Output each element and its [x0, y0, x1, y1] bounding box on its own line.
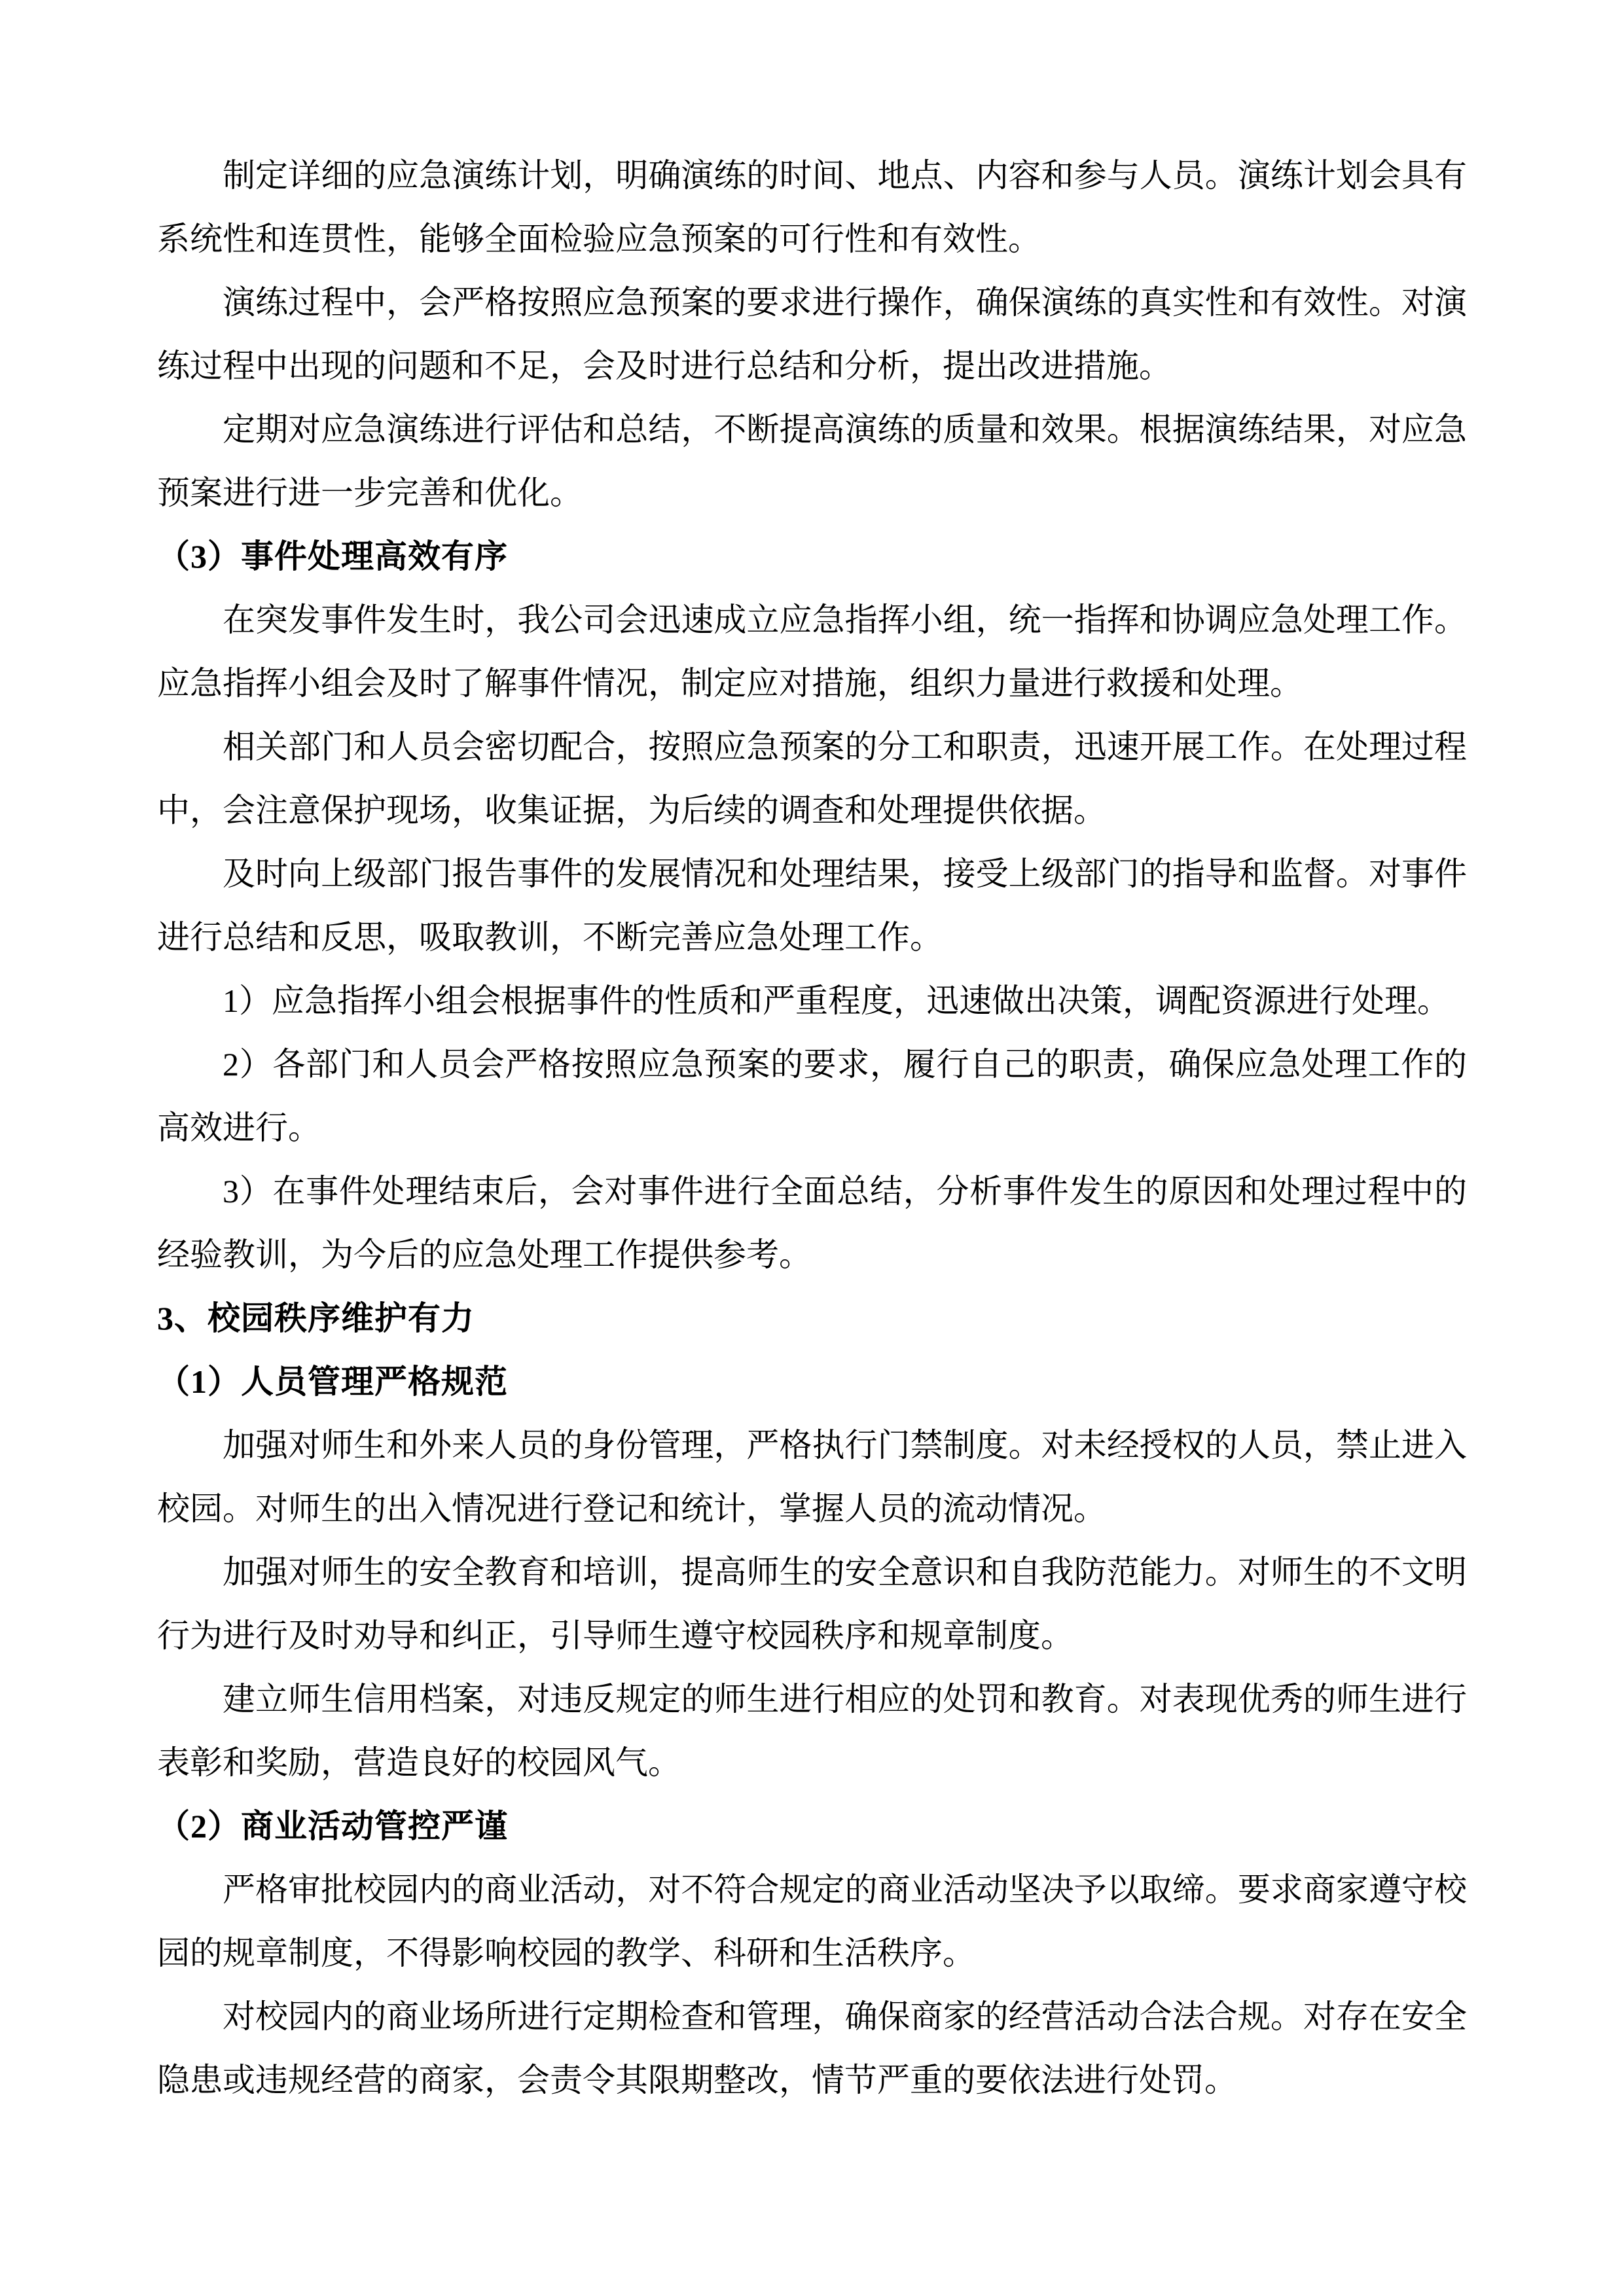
subsection-heading: （1）人员管理严格规范: [157, 1350, 1467, 1414]
body-paragraph: 演练过程中，会严格按照应急预案的要求进行操作，确保演练的真实性和有效性。对演练过…: [157, 271, 1467, 398]
body-paragraph: 及时向上级部门报告事件的发展情况和处理结果，接受上级部门的指导和监督。对事件进行…: [157, 842, 1467, 969]
body-paragraph: 制定详细的应急演练计划，明确演练的时间、地点、内容和参与人员。演练计划会具有系统…: [157, 144, 1467, 271]
body-paragraph: 严格审批校园内的商业活动，对不符合规定的商业活动坚决予以取缔。要求商家遵守校园的…: [157, 1858, 1467, 1985]
body-paragraph: 定期对应急演练进行评估和总结，不断提高演练的质量和效果。根据演练结果，对应急预案…: [157, 398, 1467, 525]
document-page: 制定详细的应急演练计划，明确演练的时间、地点、内容和参与人员。演练计划会具有系统…: [0, 0, 1624, 2296]
body-paragraph: 加强对师生的安全教育和培训，提高师生的安全意识和自我防范能力。对师生的不文明行为…: [157, 1541, 1467, 1668]
body-paragraph: 2）各部门和人员会严格按照应急预案的要求，履行自己的职责，确保应急处理工作的高效…: [157, 1033, 1467, 1160]
body-paragraph: 建立师生信用档案，对违反规定的师生进行相应的处罚和教育。对表现优秀的师生进行表彰…: [157, 1668, 1467, 1795]
subsection-heading: （3）事件处理高效有序: [157, 525, 1467, 588]
subsection-heading: （2）商业活动管控严谨: [157, 1795, 1467, 1858]
body-paragraph: 相关部门和人员会密切配合，按照应急预案的分工和职责，迅速开展工作。在处理过程中，…: [157, 715, 1467, 842]
body-paragraph: 1）应急指挥小组会根据事件的性质和严重程度，迅速做出决策，调配资源进行处理。: [157, 969, 1467, 1033]
body-paragraph: 对校园内的商业场所进行定期检查和管理，确保商家的经营活动合法合规。对存在安全隐患…: [157, 1985, 1467, 2112]
body-paragraph: 加强对师生和外来人员的身份管理，严格执行门禁制度。对未经授权的人员，禁止进入校园…: [157, 1414, 1467, 1541]
body-paragraph: 在突发事件发生时，我公司会迅速成立应急指挥小组，统一指挥和协调应急处理工作。应急…: [157, 588, 1467, 715]
body-paragraph: 3）在事件处理结束后，会对事件进行全面总结，分析事件发生的原因和处理过程中的经验…: [157, 1160, 1467, 1287]
section-heading: 3、校园秩序维护有力: [157, 1287, 1467, 1350]
